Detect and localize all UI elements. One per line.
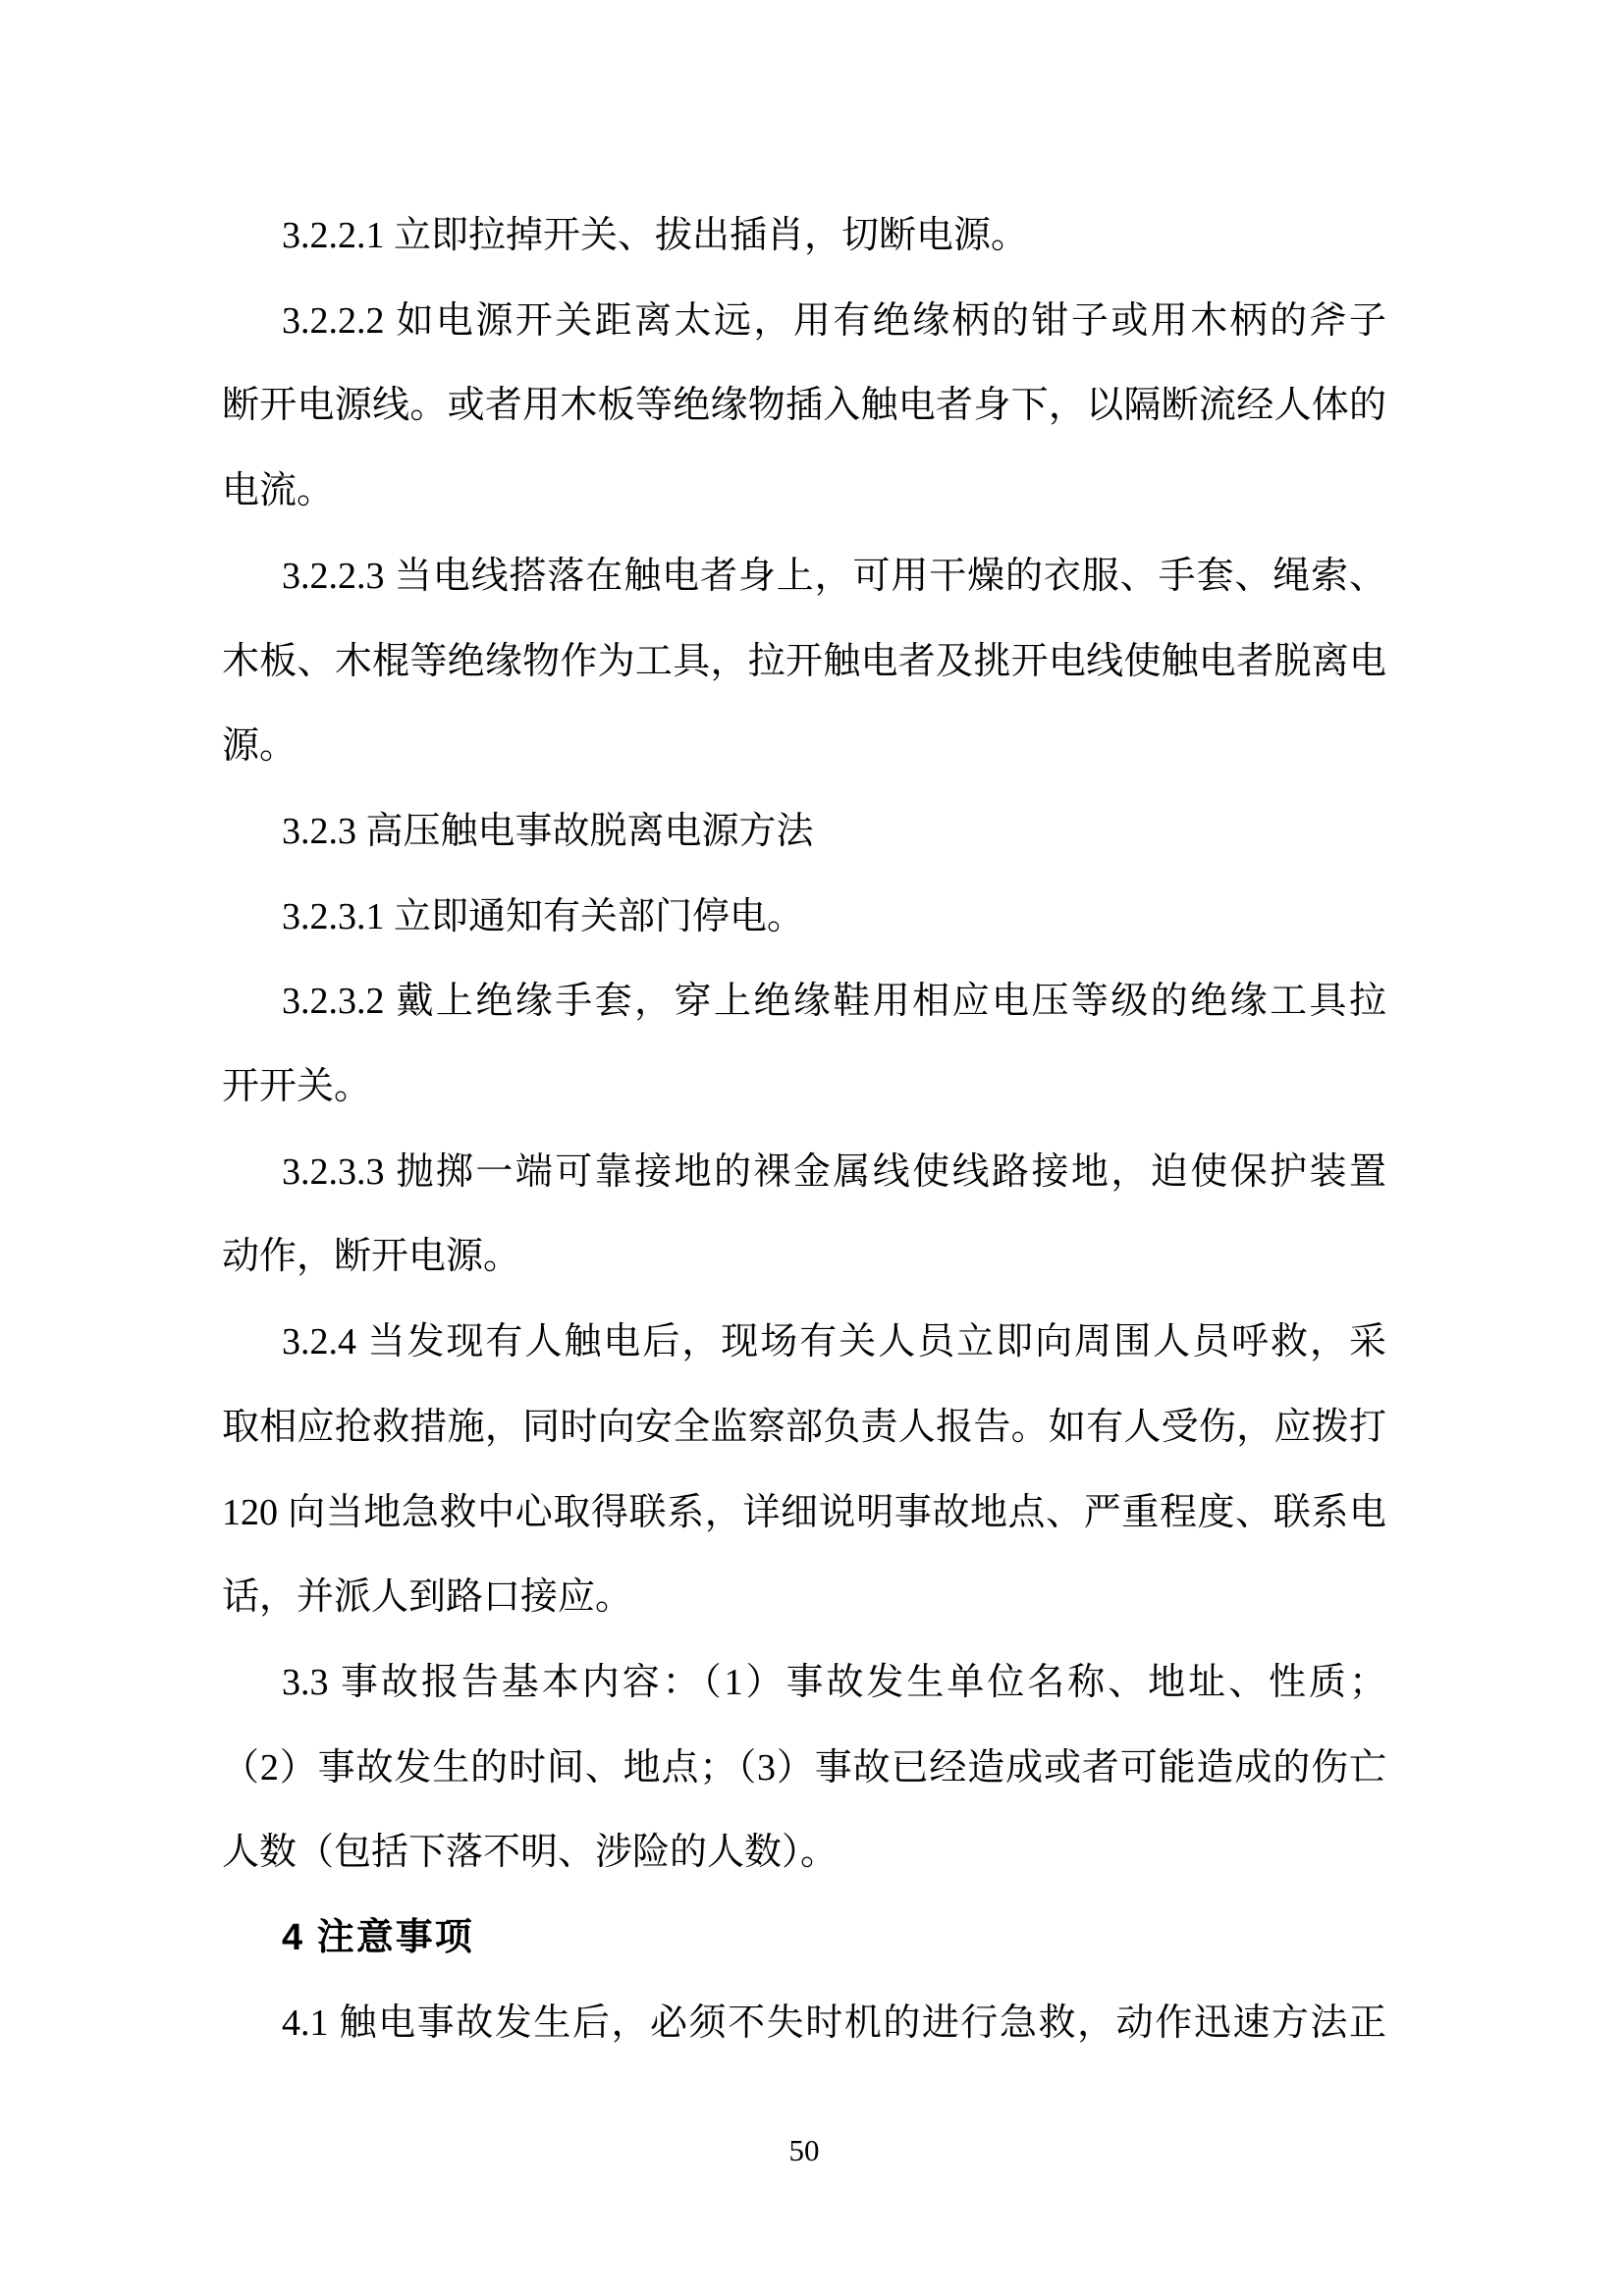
text-line: 开开关。: [222, 1044, 1386, 1130]
chapter-heading-line: 4 注意事项: [222, 1896, 1386, 1981]
text-line: 人数（包括下落不明、涉险的人数）。: [222, 1810, 1386, 1896]
text-line: 4.1 触电事故发生后，必须不失时机的进行急救，动作迅速方法正: [222, 1981, 1386, 2066]
text-line: 电流。: [222, 449, 1386, 534]
text-line: 取相应抢救措施，同时向安全监察部负责人报告。如有人受伤，应拨打: [222, 1385, 1386, 1470]
section-heading-line: 3.2.3 高压触电事故脱离电源方法: [222, 789, 1386, 875]
text-line: 源。: [222, 704, 1386, 789]
text-line: 话，并派人到路口接应。: [222, 1555, 1386, 1640]
text-line: 3.2.2.3 当电线搭落在触电者身上，可用干燥的衣服、手套、绳索、: [222, 534, 1386, 619]
text-line: 木板、木棍等绝缘物作为工具，拉开触电者及挑开电线使触电者脱离电: [222, 619, 1386, 705]
text-line: 3.2.2.2 如电源开关距离太远，用有绝缘柄的钳子或用木柄的斧子: [222, 279, 1386, 364]
text-line: （2）事故发生的时间、地点；（3）事故已经造成或者可能造成的伤亡: [222, 1726, 1386, 1811]
text-line: 3.2.2.1 立即拉掉开关、拔出插肖，切断电源。: [222, 193, 1386, 279]
text-line: 3.2.3.3 抛掷一端可靠接地的裸金属线使线路接地，迫使保护装置: [222, 1130, 1386, 1215]
text-line: 3.2.3.2 戴上绝缘手套，穿上绝缘鞋用相应电压等级的绝缘工具拉: [222, 959, 1386, 1044]
text-line: 动作，断开电源。: [222, 1214, 1386, 1300]
text-line: 3.3 事故报告基本内容：（1）事故发生单位名称、地址、性质；: [222, 1640, 1386, 1726]
text-line: 断开电源线。或者用木板等绝缘物插入触电者身下，以隔断流经人体的: [222, 363, 1386, 449]
text-line: 3.2.4 当发现有人触电后，现场有关人员立即向周围人员呼救，采: [222, 1300, 1386, 1385]
page-number: 50: [222, 2127, 1386, 2174]
text-line: 3.2.3.1 立即通知有关部门停电。: [222, 875, 1386, 960]
text-line: 120 向当地急救中心取得联系，详细说明事故地点、严重程度、联系电: [222, 1470, 1386, 1556]
document-page-body: 3.2.2.1 立即拉掉开关、拔出插肖，切断电源。 3.2.2.2 如电源开关距…: [222, 193, 1386, 2065]
